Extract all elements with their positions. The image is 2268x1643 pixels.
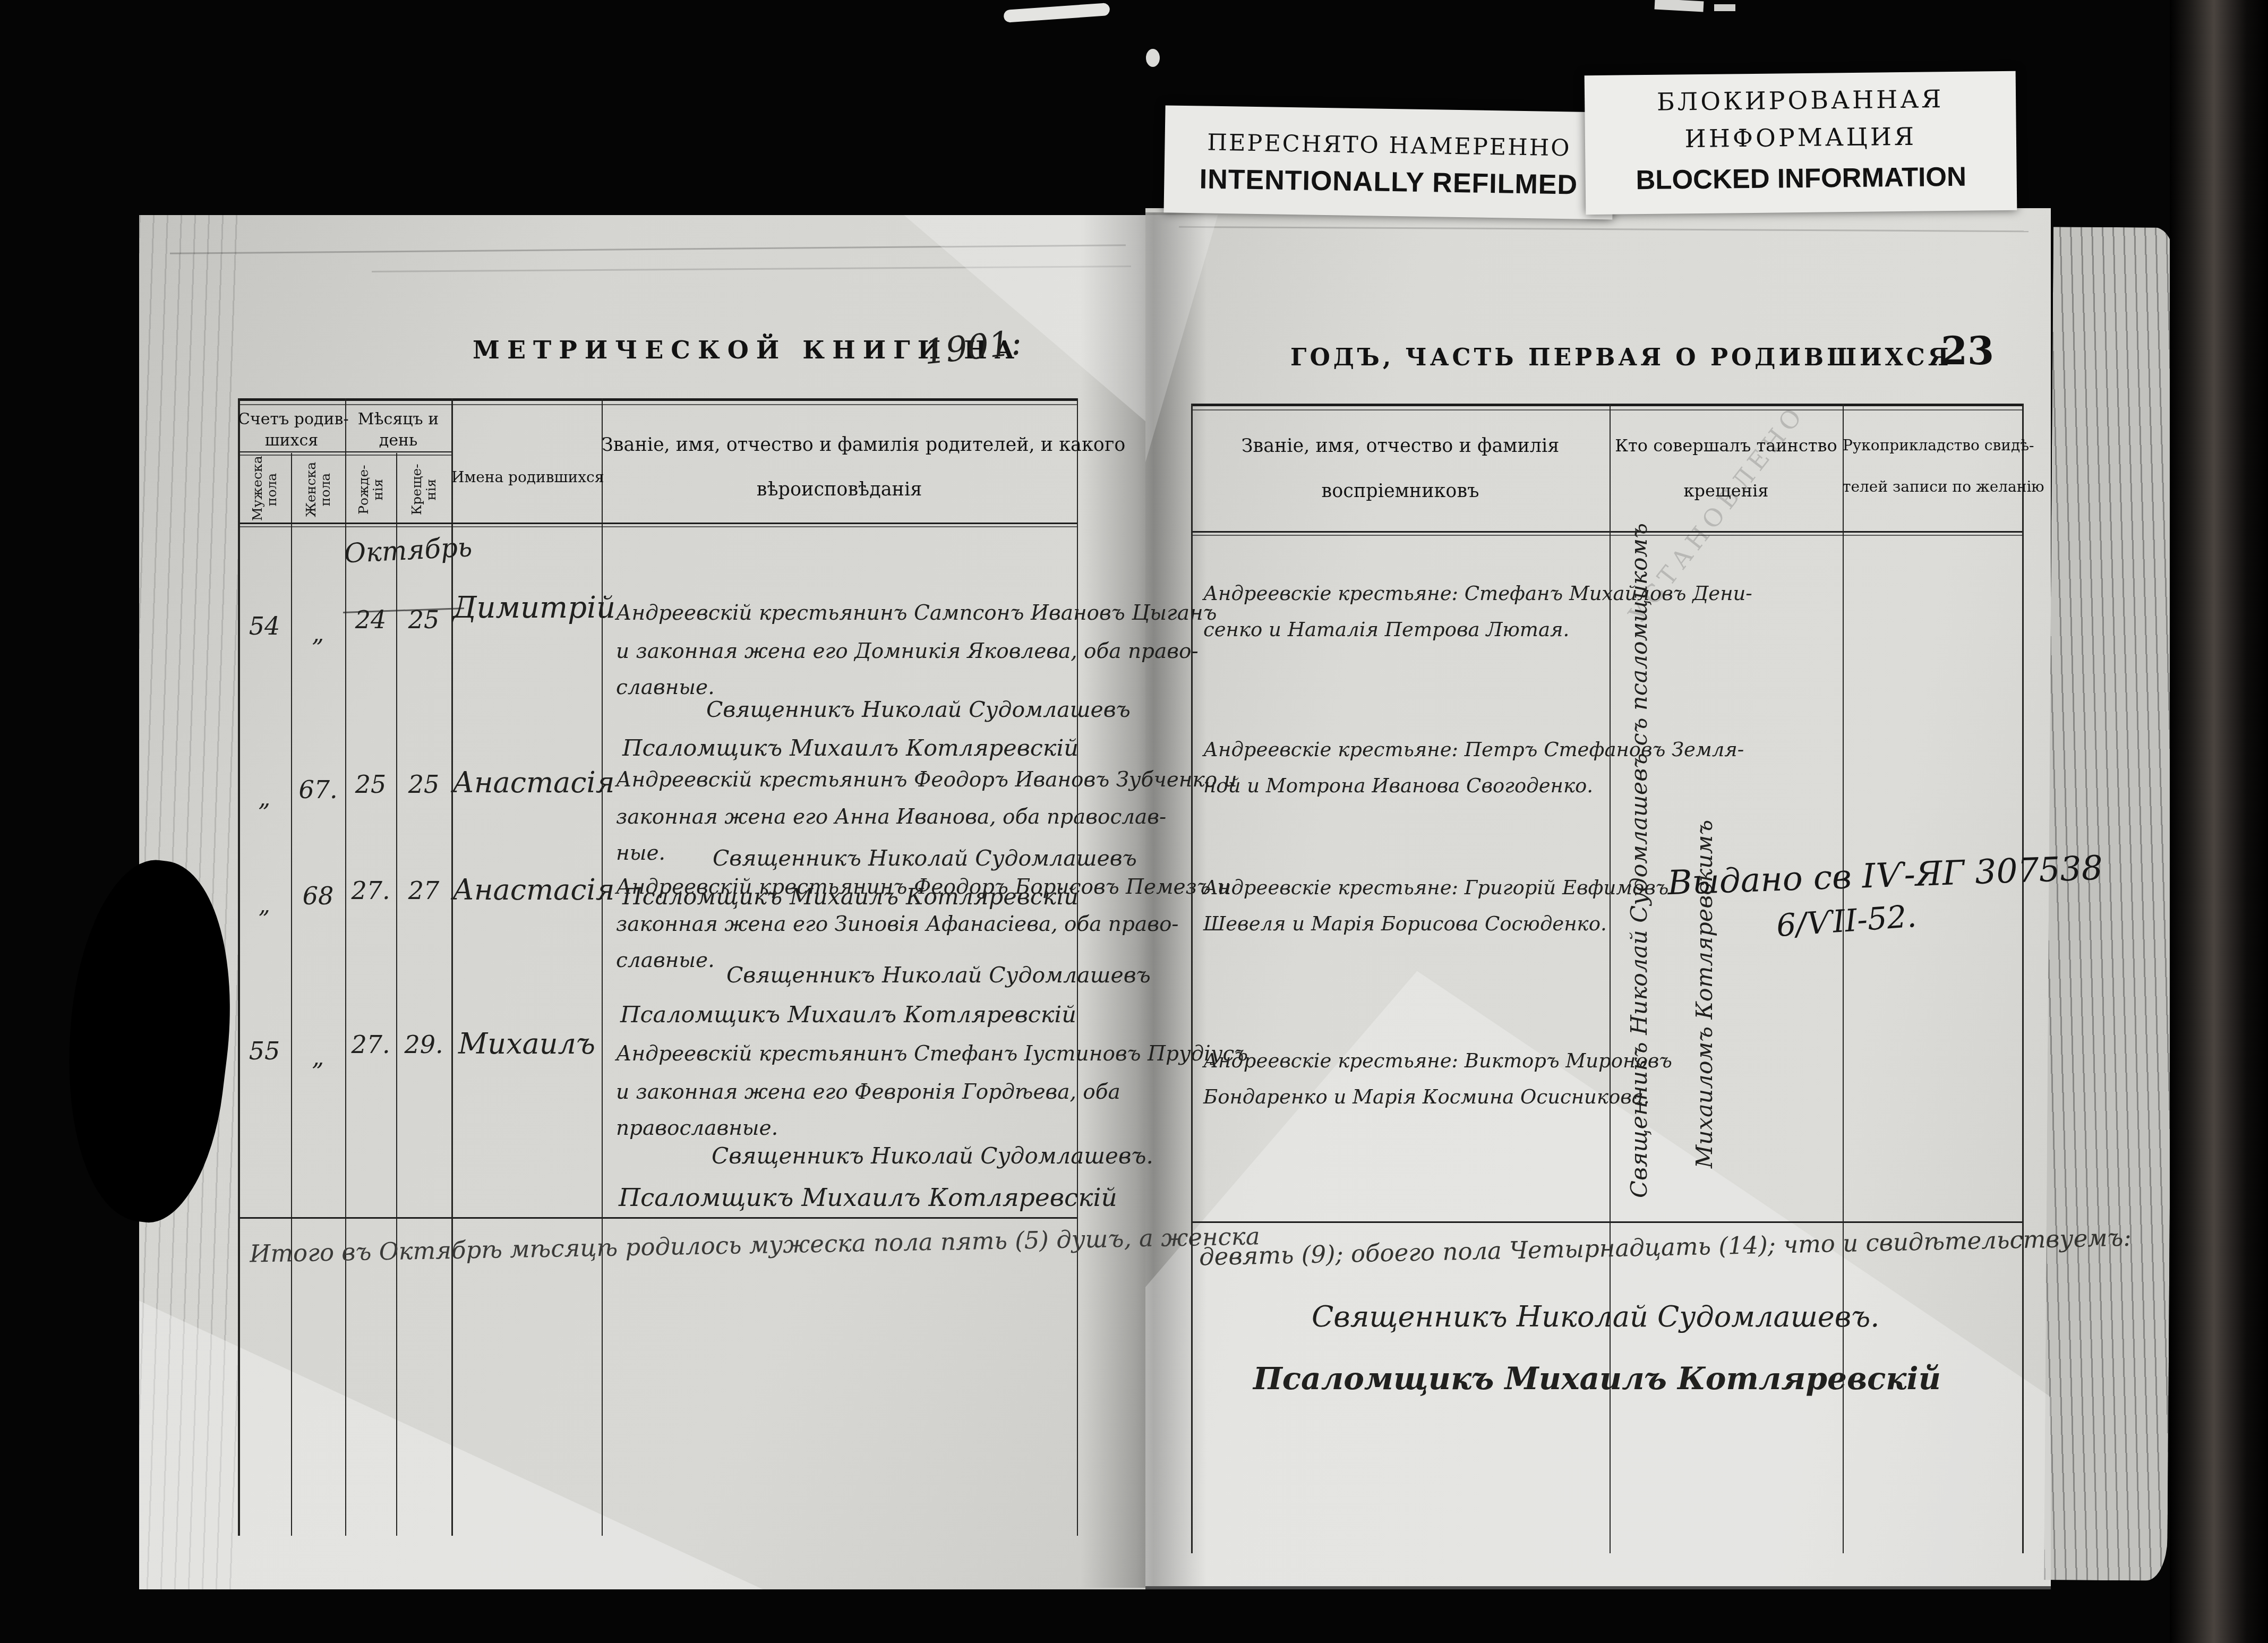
entry-parents-line: Андреевскій крестьянинъ Стефанъ Іустинов… <box>616 1042 1248 1066</box>
column-header-godparents: воспріемниковъ <box>1191 481 1610 502</box>
blocked-label-ru1: БЛОКИРОВАННАЯ <box>1585 84 2016 117</box>
column-header-male: Мужеска пола <box>238 455 291 525</box>
column-header-witnesses: телей записи по желанію <box>1843 478 2022 495</box>
entry-female-number: 67. <box>291 775 345 804</box>
column-header-baptized-label: Креще- нія <box>409 464 438 515</box>
entry-baptized-day: 27 <box>396 876 451 905</box>
entry-parents-line: славные. <box>616 675 715 699</box>
film-white-speck <box>1655 0 1704 12</box>
table-rule <box>1191 409 2022 410</box>
entry-parents-line: законная жена его Зиновія Афанасіева, об… <box>616 912 1179 936</box>
column-header-month: день <box>345 431 451 450</box>
table-rule <box>238 526 1078 527</box>
page-number: 23 <box>1941 328 1994 373</box>
entry-child-name: Анастасія <box>452 873 601 906</box>
entry-baptized-day: 25 <box>396 605 451 634</box>
entry-priest-line: Священникъ Николай Судомлашевъ <box>706 697 1131 722</box>
film-edge-strip <box>2170 0 2268 1643</box>
entry-priest-line: Священникъ Николай Судомлашевъ <box>726 962 1151 988</box>
entry-male-number: 55 <box>238 1037 291 1065</box>
column-header-female-label: Женска пола <box>304 462 332 517</box>
summary-rule <box>1191 1221 2022 1223</box>
priest-signature: Священникъ Николай Судомлашевъ. <box>1312 1300 1879 1333</box>
blocked-label-ru2: ИНФОРМАЦИЯ <box>1585 121 2017 155</box>
table-rule <box>291 453 292 1536</box>
officiant-vertical-note: Михаиломъ Котляревскимъ <box>1691 690 1718 1168</box>
column-header-godparents: Званіе, имя, отчество и фамилія <box>1191 435 1610 457</box>
refilmed-label-en: INTENTIONALLY REFILMED <box>1164 162 1613 201</box>
entry-godparents-line: Андреевскіе крестьяне: Викторъ Мироновъ <box>1203 1049 1672 1072</box>
month-heading: Октябрь <box>344 532 459 569</box>
entry-parents-line: ные. <box>616 841 665 865</box>
entry-godparents-line: ной и Мотрона Иванова Свогоденко. <box>1203 774 1593 797</box>
refilmed-label-card: ПЕРЕСНЯТО НАМЕРЕННО INTENTIONALLY REFILM… <box>1163 105 1614 219</box>
psalmist-signature: Псаломщикъ Михаилъ Котляревскій <box>1253 1360 1941 1397</box>
entry-psalmist-line: Псаломщикъ Михаилъ Котляревскій <box>619 1183 1117 1212</box>
entry-child-name: Анастасія <box>452 766 601 799</box>
entry-parents-line: и законная жена его Февронія Гордѣева, о… <box>616 1080 1120 1104</box>
table-rule <box>238 404 1078 405</box>
column-header-officiant: Кто совершалъ таинство <box>1610 435 1843 456</box>
table-rule <box>238 451 451 452</box>
column-header-witnesses: Рукоприкладство свидѣ- <box>1843 437 2022 454</box>
entry-child-name: Михаилъ <box>452 1027 601 1060</box>
table-rule <box>238 398 240 1536</box>
entry-parents-line: православные. <box>616 1116 778 1140</box>
table-rule <box>1191 531 2022 533</box>
column-header-female: Женска пола <box>291 455 345 525</box>
entry-parents-line: Андреевскій крестьянинъ Феодоръ Борисовъ… <box>616 875 1230 899</box>
entry-born-day: 25 <box>345 770 396 799</box>
column-header-count: Счетъ родив- <box>238 410 345 429</box>
table-rule <box>1191 404 1193 1553</box>
table-rule <box>602 398 603 1536</box>
entry-child-name: Димитрій <box>452 591 601 625</box>
entry-parents-line: Андреевскій крестьянинъ Феодоръ Ивановъ … <box>616 768 1237 792</box>
table-rule <box>2022 404 2024 1553</box>
blocked-label-en: BLOCKED INFORMATION <box>1585 160 2017 196</box>
right-page-title: ГОДЪ, ЧАСТЬ ПЕРВАЯ О РОДИВШИХСЯ <box>1290 344 1933 371</box>
table-rule <box>1191 404 2022 406</box>
entry-parents-line: славные. <box>616 948 715 972</box>
entry-baptized-day: 25 <box>396 770 451 799</box>
entry-godparents-line: Андреевскіе крестьяне: Петръ Стефановъ З… <box>1203 738 1744 761</box>
column-header-names: Имена родившихся <box>451 468 602 486</box>
entry-psalmist-line: Псаломщикъ Михаилъ Котляревскій <box>622 735 1079 761</box>
entry-baptized-day: 29. <box>396 1030 451 1059</box>
table-rule <box>1191 535 2022 536</box>
entry-godparents-line: Бондаренко и Марія Космина Осисникова. <box>1203 1085 1650 1108</box>
column-header-officiant: крещенія <box>1610 481 1843 501</box>
entry-male-number: 54 <box>238 612 291 640</box>
column-header-male-label: Мужеска пола <box>250 458 279 521</box>
refilmed-label-ru: ПЕРЕСНЯТО НАМЕРЕННО <box>1165 129 1614 162</box>
column-header-born: Рожде- нія <box>345 455 396 525</box>
film-white-speck <box>1714 4 1735 11</box>
entry-parents-line: законная жена его Анна Иванова, оба прав… <box>616 805 1166 829</box>
film-white-speck <box>1146 49 1160 67</box>
summary-rule <box>238 1217 1078 1219</box>
right-page-edge-stack <box>2044 227 2177 1581</box>
column-header-parents: Званіе, имя, отчество и фамилія родителе… <box>602 434 1077 456</box>
table-rule <box>238 398 1078 401</box>
microfilm-frame: ПЕРЕСНЯТО НАМЕРЕННО INTENTIONALLY REFILM… <box>0 0 2268 1643</box>
entry-female-number: 68 <box>291 882 345 910</box>
entry-priest-line: Священникъ Николай Судомлашевъ. <box>712 1143 1153 1169</box>
entry-female-number: „ <box>291 1044 345 1071</box>
table-rule <box>451 398 453 1536</box>
entry-born-day: 24 <box>345 605 396 634</box>
entry-godparents-line: Шевеля и Марія Борисова Сосюденко. <box>1203 912 1607 935</box>
officiant-vertical-note: Священникъ Николай Судомлашевъ съ псалом… <box>1626 569 1653 1198</box>
entry-priest-line: Священникъ Николай Судомлашевъ <box>713 845 1137 871</box>
entry-born-day: 27. <box>345 1030 396 1059</box>
column-header-parents: вѣроисповѣданія <box>602 479 1077 500</box>
entry-male-number: „ <box>238 892 291 918</box>
column-header-count: шихся <box>238 431 345 450</box>
column-header-born-label: Рожде- нія <box>356 464 385 515</box>
entry-female-number: „ <box>291 620 345 647</box>
entry-born-day: 27. <box>345 876 396 905</box>
entry-psalmist-line: Псаломщикъ Михаилъ Котляревскій <box>620 1002 1076 1028</box>
film-white-sliver <box>1003 3 1110 23</box>
column-header-month: Мѣсяцъ и <box>345 410 451 429</box>
entry-godparents-line: Андреевскіе крестьяне: Григорій Евфимовъ <box>1203 876 1668 899</box>
column-header-baptized: Креще- нія <box>396 455 451 525</box>
entry-parents-line: Андреевскій крестьянинъ Сампсонъ Ивановъ… <box>616 601 1217 625</box>
entry-male-number: „ <box>238 785 291 812</box>
entry-godparents-line: сенко и Наталія Петрова Лютая. <box>1203 618 1569 641</box>
entry-godparents-line: Андреевскіе крестьяне: Стефанъ Михайловъ… <box>1203 582 1752 605</box>
blocked-label-card: БЛОКИРОВАННАЯ ИНФОРМАЦИЯ BLOCKED INFORMA… <box>1585 71 2017 215</box>
entry-parents-line: и законная жена его Домникія Яковлева, о… <box>616 639 1199 663</box>
